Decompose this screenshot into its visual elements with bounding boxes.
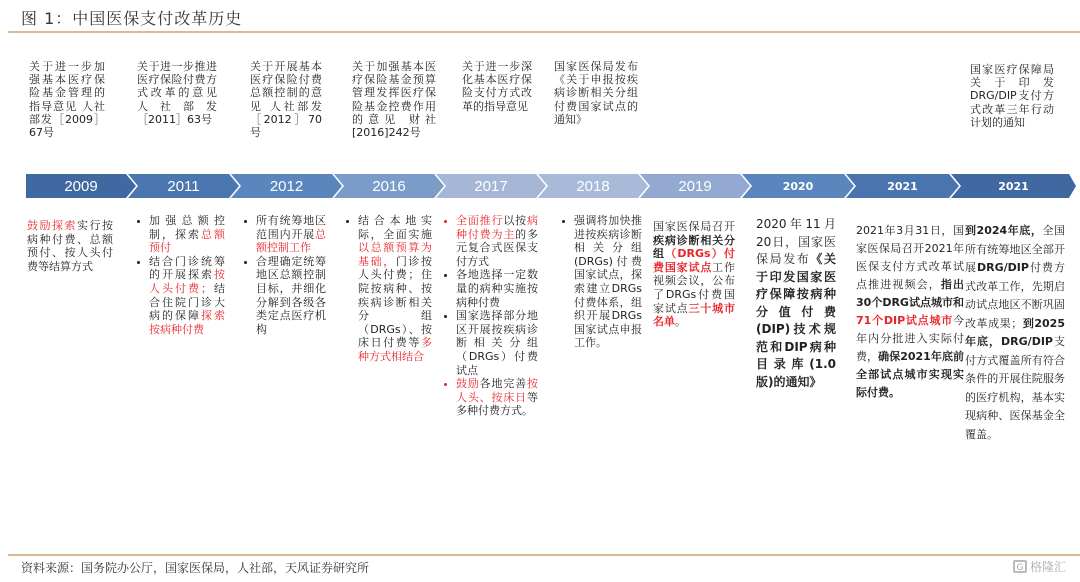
description-2018: 强调将加快推进按疾病诊断相关分组(DRGs)付费国家试点，探索建立DRGs付费体… bbox=[556, 214, 642, 350]
year-label: 2018 bbox=[576, 178, 609, 195]
description-2019: 国家医保局召开疾病诊断相关分组（DRGs）付费国家试点工作视频会议，公布了DRG… bbox=[653, 220, 735, 329]
timeline-segment-2021-a: 2021 bbox=[846, 174, 959, 198]
timeline-segment-2009: 2009 bbox=[26, 174, 136, 198]
bullet-item: 结合本地实际，全面实施以总额预算为基础，门诊按人头付费；住院按病种、按疾病诊断相… bbox=[358, 214, 432, 364]
timeline-segment-2020: 2020 bbox=[742, 174, 854, 198]
year-label: 2019 bbox=[678, 178, 711, 195]
top-divider bbox=[8, 31, 1080, 33]
year-label: 2011 bbox=[167, 178, 199, 195]
bullet-item: 全面推行以按病种付费为主的多元复合式医保支付方式 bbox=[456, 214, 538, 268]
year-label: 2017 bbox=[474, 178, 507, 195]
timeline-segment-2016: 2016 bbox=[334, 174, 444, 198]
policy-note-2011: 关于进一步推进医疗保险付费方式改革的意见 人社部发［2011］63号 bbox=[137, 60, 217, 126]
year-label: 2009 bbox=[64, 178, 97, 195]
description-2012: 所有统筹地区范围内开展总额控制工作 合理确定统筹地区总额控制目标，并细化分解到各… bbox=[238, 214, 326, 336]
timeline-segment-2011: 2011 bbox=[128, 174, 239, 198]
policy-note-2017: 关于进一步深化基本医疗保险支付方式改革的指导意见 bbox=[462, 60, 532, 113]
description-2021-a: 2021年3月31日，国家医保局召开2021年医保支付方式改革试点推进视频会，指… bbox=[856, 222, 964, 402]
bullet-item: 国家选择部分地区开展按疾病诊断相关分组（DRGs）付费试点 bbox=[456, 309, 538, 377]
policy-note-2009: 关于进一步加强基本医疗保险基金管理的指导意见 人社部发［2009］67号 bbox=[29, 60, 105, 139]
policy-note-2012: 关于开展基本医疗保险付费总额控制的意见 人社部发［2012］70号 bbox=[250, 60, 322, 139]
timeline-segment-2012: 2012 bbox=[231, 174, 342, 198]
source-note: 资料来源：国务院办公厅，国家医保局，人社部，天风证券研究所 bbox=[21, 559, 369, 576]
year-label: 2012 bbox=[270, 178, 303, 195]
bottom-divider bbox=[8, 554, 1080, 556]
bullet-item: 合理确定统筹地区总额控制目标，并细化分解到各级各类定点医疗机构 bbox=[256, 255, 326, 337]
bullet-item: 结合门诊统筹的开展探索按人头付费；结合住院门诊大病的保障探索按病种付费 bbox=[149, 255, 225, 337]
policy-note-2021: 国家医疗保障局关于印发DRG/DIP支付方式改革三年行动计划的通知 bbox=[970, 63, 1054, 129]
year-label: 2016 bbox=[372, 178, 405, 195]
bullet-item: 加强总额控制，探索总额预付 bbox=[149, 214, 225, 255]
timeline-segment-2017: 2017 bbox=[436, 174, 546, 198]
bullet-item: 各地选择一定数量的病种实施按病种付费 bbox=[456, 268, 538, 309]
bullet-item: 鼓励各地完善按人头、按床日等多种付费方式。 bbox=[456, 377, 538, 418]
description-2017: 全面推行以按病种付费为主的多元复合式医保支付方式 各地选择一定数量的病种实施按病… bbox=[438, 214, 538, 418]
watermark-text: 格隆汇 bbox=[1030, 558, 1066, 575]
bullet-item: 强调将加快推进按疾病诊断相关分组(DRGs)付费国家试点，探索建立DRGs付费体… bbox=[574, 214, 642, 350]
year-label: 2021 bbox=[998, 180, 1029, 193]
description-2021-b: 到2024年底，全国所有统筹地区全部开展DRG/DIP付费方式改革工作，先期启动… bbox=[965, 222, 1065, 444]
figure-title: 图 1：中国医保支付改革历史 bbox=[21, 6, 242, 29]
watermark-logo: G 格隆汇 bbox=[1013, 558, 1066, 575]
timeline-segment-2018: 2018 bbox=[538, 174, 648, 198]
timeline-segment-2021-b: 2021 bbox=[951, 174, 1076, 198]
description-2009: 鼓励探索实行按病种付费、总额预付、按人头付费等结算方式 bbox=[27, 219, 113, 273]
description-2011: 加强总额控制，探索总额预付 结合门诊统筹的开展探索按人头付费；结合住院门诊大病的… bbox=[131, 214, 225, 336]
g-logo-icon: G bbox=[1013, 560, 1027, 573]
year-label: 2021 bbox=[887, 180, 918, 193]
description-2020: 2020年11月20日，国家医保局发布《关于印发国家医疗保障按病种分值付费(DI… bbox=[756, 216, 836, 391]
description-2016: 结合本地实际，全面实施以总额预算为基础，门诊按人头付费；住院按病种、按疾病诊断相… bbox=[340, 214, 432, 364]
bullet-item: 所有统筹地区范围内开展总额控制工作 bbox=[256, 214, 326, 255]
year-label: 2020 bbox=[783, 180, 814, 193]
timeline-segment-2019: 2019 bbox=[640, 174, 750, 198]
policy-note-2018: 国家医保局发布《关于申报按疾病诊断相关分组付费国家试点的通知》 bbox=[554, 60, 638, 126]
policy-note-2016: 关于加强基本医疗保险基金预算管理发挥医疗保险基金控费作用的意见 财社[2016]… bbox=[352, 60, 436, 139]
timeline-bar: 2009 2011 2012 2016 2017 2018 2019 2020 … bbox=[26, 174, 1076, 198]
